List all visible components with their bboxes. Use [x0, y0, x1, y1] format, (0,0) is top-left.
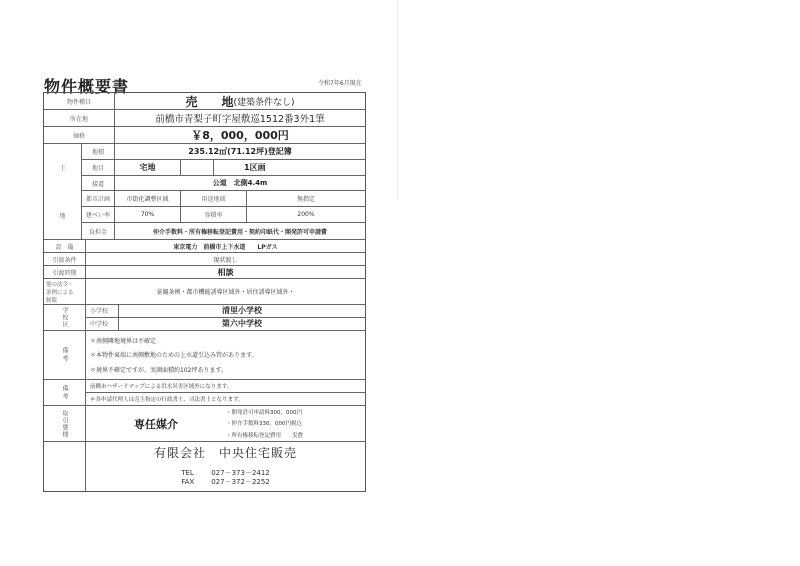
category-value: 宅地 [115, 160, 181, 175]
land-row-area: 地積 235.12㎡(71.12坪)登記簿 [82, 144, 365, 160]
other-laws-label-line: 制限 [46, 296, 57, 304]
fax-number: 027－372－2252 [211, 478, 270, 487]
land-details: 地積 235.12㎡(71.12坪)登記簿 地目 宅地 1区画 接道 公道 北側… [82, 144, 365, 239]
fax-label: FAX [181, 478, 211, 487]
row-company: 有限会社 中央住宅販売 TEL 027－373－2412 FAX 027－372… [44, 442, 365, 491]
other-laws-label-line: 条例による [46, 288, 74, 296]
remarks-1-content: ＊南側隣地境界は不確定 ＊本物件東端に南側敷地のための上水道引込み管があります。… [86, 331, 365, 379]
row-handover-condition: 引渡条件 現状渡し [44, 253, 365, 266]
remarks-1-label-text: 備考 [60, 347, 69, 363]
handover-time-value: 相談 [86, 266, 365, 278]
row-facilities: 設 備 東京電力 前橋市上下水道 LPガス [44, 240, 365, 253]
transaction-label-text: 取引態様 [60, 410, 69, 438]
land-row-coverage: 建ぺい率 70% 容積率 200% [82, 207, 365, 223]
zoning-label: 用途地域 [181, 191, 247, 206]
location-label: 所在地 [44, 110, 115, 126]
as-of-date: 令和7年6月現在 [318, 78, 362, 87]
elementary-row: 小学校 清里小学校 [86, 305, 365, 318]
other-laws-label: 他の法令・ 条例による 制限 [44, 279, 86, 304]
burden-label: 負担金 [82, 223, 115, 239]
land-section-label: 土 地 [44, 144, 82, 239]
remark-line: ＊各申請代理人は売主指定の行政書士、司法書士となります。 [86, 395, 244, 403]
road-label: 接道 [82, 176, 115, 191]
tel-label: TEL [181, 469, 211, 478]
lots-value: 1区画 [214, 160, 365, 175]
row-transaction: 取引態様 専任媒介 ・開発許可申請料300，000円 ・仲介手数料330，000… [44, 406, 365, 442]
company-tel-row: TEL 027－373－2412 [181, 469, 270, 478]
planning-value: 市街化調整区域 [115, 191, 181, 206]
page-fold-line [397, 0, 398, 200]
planning-label: 都市計画 [82, 191, 115, 206]
junior-label: 中学校 [86, 318, 119, 330]
remarks-2-label: 備考 [44, 380, 86, 405]
coverage-value: 70% [115, 207, 181, 222]
row-other-laws: 他の法令・ 条例による 制限 景観条例・都市機能誘導区域外・居住誘導区域外・ [44, 279, 365, 305]
transaction-fees: ・開発許可申請料300，000円 ・仲介手数料330，000円税込 ・所有権移転… [226, 406, 303, 441]
location-value: 前橋市青梨子町字屋敷巡1512番3外1筆 [115, 110, 365, 126]
fee-line: ・仲介手数料330，000円税込 [226, 419, 303, 427]
row-price: 価格 ￥8，000，000円 [44, 127, 365, 144]
handover-condition-label: 引渡条件 [44, 253, 86, 265]
area-label: 地積 [82, 144, 115, 159]
school-district-label: 学校区 [44, 305, 86, 330]
land-row-planning: 都市計画 市街化調整区域 用途地域 無指定 [82, 191, 365, 207]
land-row-road: 接道 公道 北側4.4m [82, 176, 365, 192]
junior-value: 第六中学校 [119, 318, 365, 330]
row-land-section: 土 地 地積 235.12㎡(71.12坪)登記簿 地目 宅地 1区画 接道 公… [44, 144, 365, 240]
far-value: 200% [247, 207, 365, 222]
row-property-type: 物件種目 売 地 (建築条件なし) [44, 93, 365, 110]
company-label-blank [44, 442, 86, 491]
row-school-district: 学校区 小学校 清里小学校 中学校 第六中学校 [44, 305, 365, 331]
road-value: 公道 北側4.4m [115, 176, 365, 191]
other-laws-label-line: 他の法令・ [46, 280, 74, 288]
land-label-top: 土 [59, 163, 65, 172]
handover-condition-value: 現状渡し [86, 253, 365, 265]
remark-line: 前橋市ハザードマップによる洪水災害区域外になります。 [86, 382, 232, 390]
company-info: 有限会社 中央住宅販売 TEL 027－373－2412 FAX 027－372… [86, 442, 365, 491]
facilities-label: 設 備 [44, 240, 86, 252]
elementary-value: 清里小学校 [119, 305, 365, 317]
remarks-1-label: 備考 [44, 331, 86, 379]
row-remarks-2: 備考 前橋市ハザードマップによる洪水災害区域外になります。 ＊各申請代理人は売主… [44, 380, 365, 406]
remark-line: ＊南側隣地境界は不確定 [86, 336, 156, 345]
category-blank [181, 160, 214, 175]
property-type-value: 売 地 (建築条件なし) [115, 93, 365, 109]
row-handover-time: 引渡時期 相談 [44, 266, 365, 279]
junior-row: 中学校 第六中学校 [86, 318, 365, 330]
transaction-content: 専任媒介 ・開発許可申請料300，000円 ・仲介手数料330，000円税込 ・… [86, 406, 365, 441]
fee-line: ・所有権移転登記費用 実費 [226, 431, 303, 439]
company-name: 有限会社 中央住宅販売 [154, 444, 297, 461]
property-type-label: 物件種目 [44, 93, 115, 109]
row-location: 所在地 前橋市青梨子町字屋敷巡1512番3外1筆 [44, 110, 365, 127]
elementary-label: 小学校 [86, 305, 119, 317]
property-summary-table: 物件種目 売 地 (建築条件なし) 所在地 前橋市青梨子町字屋敷巡1512番3外… [43, 92, 366, 492]
far-label: 容積率 [181, 207, 247, 222]
land-row-burden: 負担金 仲介手数料・所有権移転登記費用・契約印紙代・開発許可申請費 [82, 223, 365, 239]
area-value: 235.12㎡(71.12坪)登記簿 [115, 144, 365, 159]
transaction-label: 取引態様 [44, 406, 86, 441]
handover-time-label: 引渡時期 [44, 266, 86, 278]
burden-value: 仲介手数料・所有権移転登記費用・契約印紙代・開発許可申請費 [115, 223, 365, 239]
tel-number: 027－373－2412 [211, 469, 270, 478]
land-row-category: 地目 宅地 1区画 [82, 160, 365, 176]
facilities-value: 東京電力 前橋市上下水道 LPガス [86, 240, 365, 252]
remark-line: ＊本物件東端に南側敷地のための上水道引込み管があります。 [86, 350, 258, 359]
property-type-main: 売 地 [185, 93, 233, 109]
school-district-label-text: 学校区 [60, 307, 69, 328]
row-remarks-1: 備考 ＊南側隣地境界は不確定 ＊本物件東端に南側敷地のための上水道引込み管があり… [44, 331, 365, 380]
category-label: 地目 [82, 160, 115, 175]
remarks-2-content: 前橋市ハザードマップによる洪水災害区域外になります。 ＊各申請代理人は売主指定の… [86, 380, 365, 405]
fee-line: ・開発許可申請料300，000円 [226, 408, 303, 416]
school-details: 小学校 清里小学校 中学校 第六中学校 [86, 305, 365, 330]
price-value: ￥8，000，000円 [115, 127, 365, 143]
other-laws-value: 景観条例・都市機能誘導区域外・居住誘導区域外・ [86, 279, 365, 304]
property-type-note: (建築条件なし) [233, 95, 294, 108]
remark-2-row: ＊各申請代理人は売主指定の行政書士、司法書士となります。 [86, 393, 365, 405]
zoning-value: 無指定 [247, 191, 365, 206]
remarks-2-label-text: 備考 [60, 385, 69, 401]
coverage-label: 建ぺい率 [82, 207, 115, 222]
price-label: 価格 [44, 127, 115, 143]
remark-line: ＊境界不確定ですが、実測面積約102坪あります。 [86, 365, 227, 374]
remark-2-row: 前橋市ハザードマップによる洪水災害区域外になります。 [86, 380, 365, 393]
company-fax-row: FAX 027－372－2252 [181, 478, 270, 487]
transaction-mode: 専任媒介 [86, 416, 226, 432]
land-label-bottom: 地 [59, 211, 65, 220]
